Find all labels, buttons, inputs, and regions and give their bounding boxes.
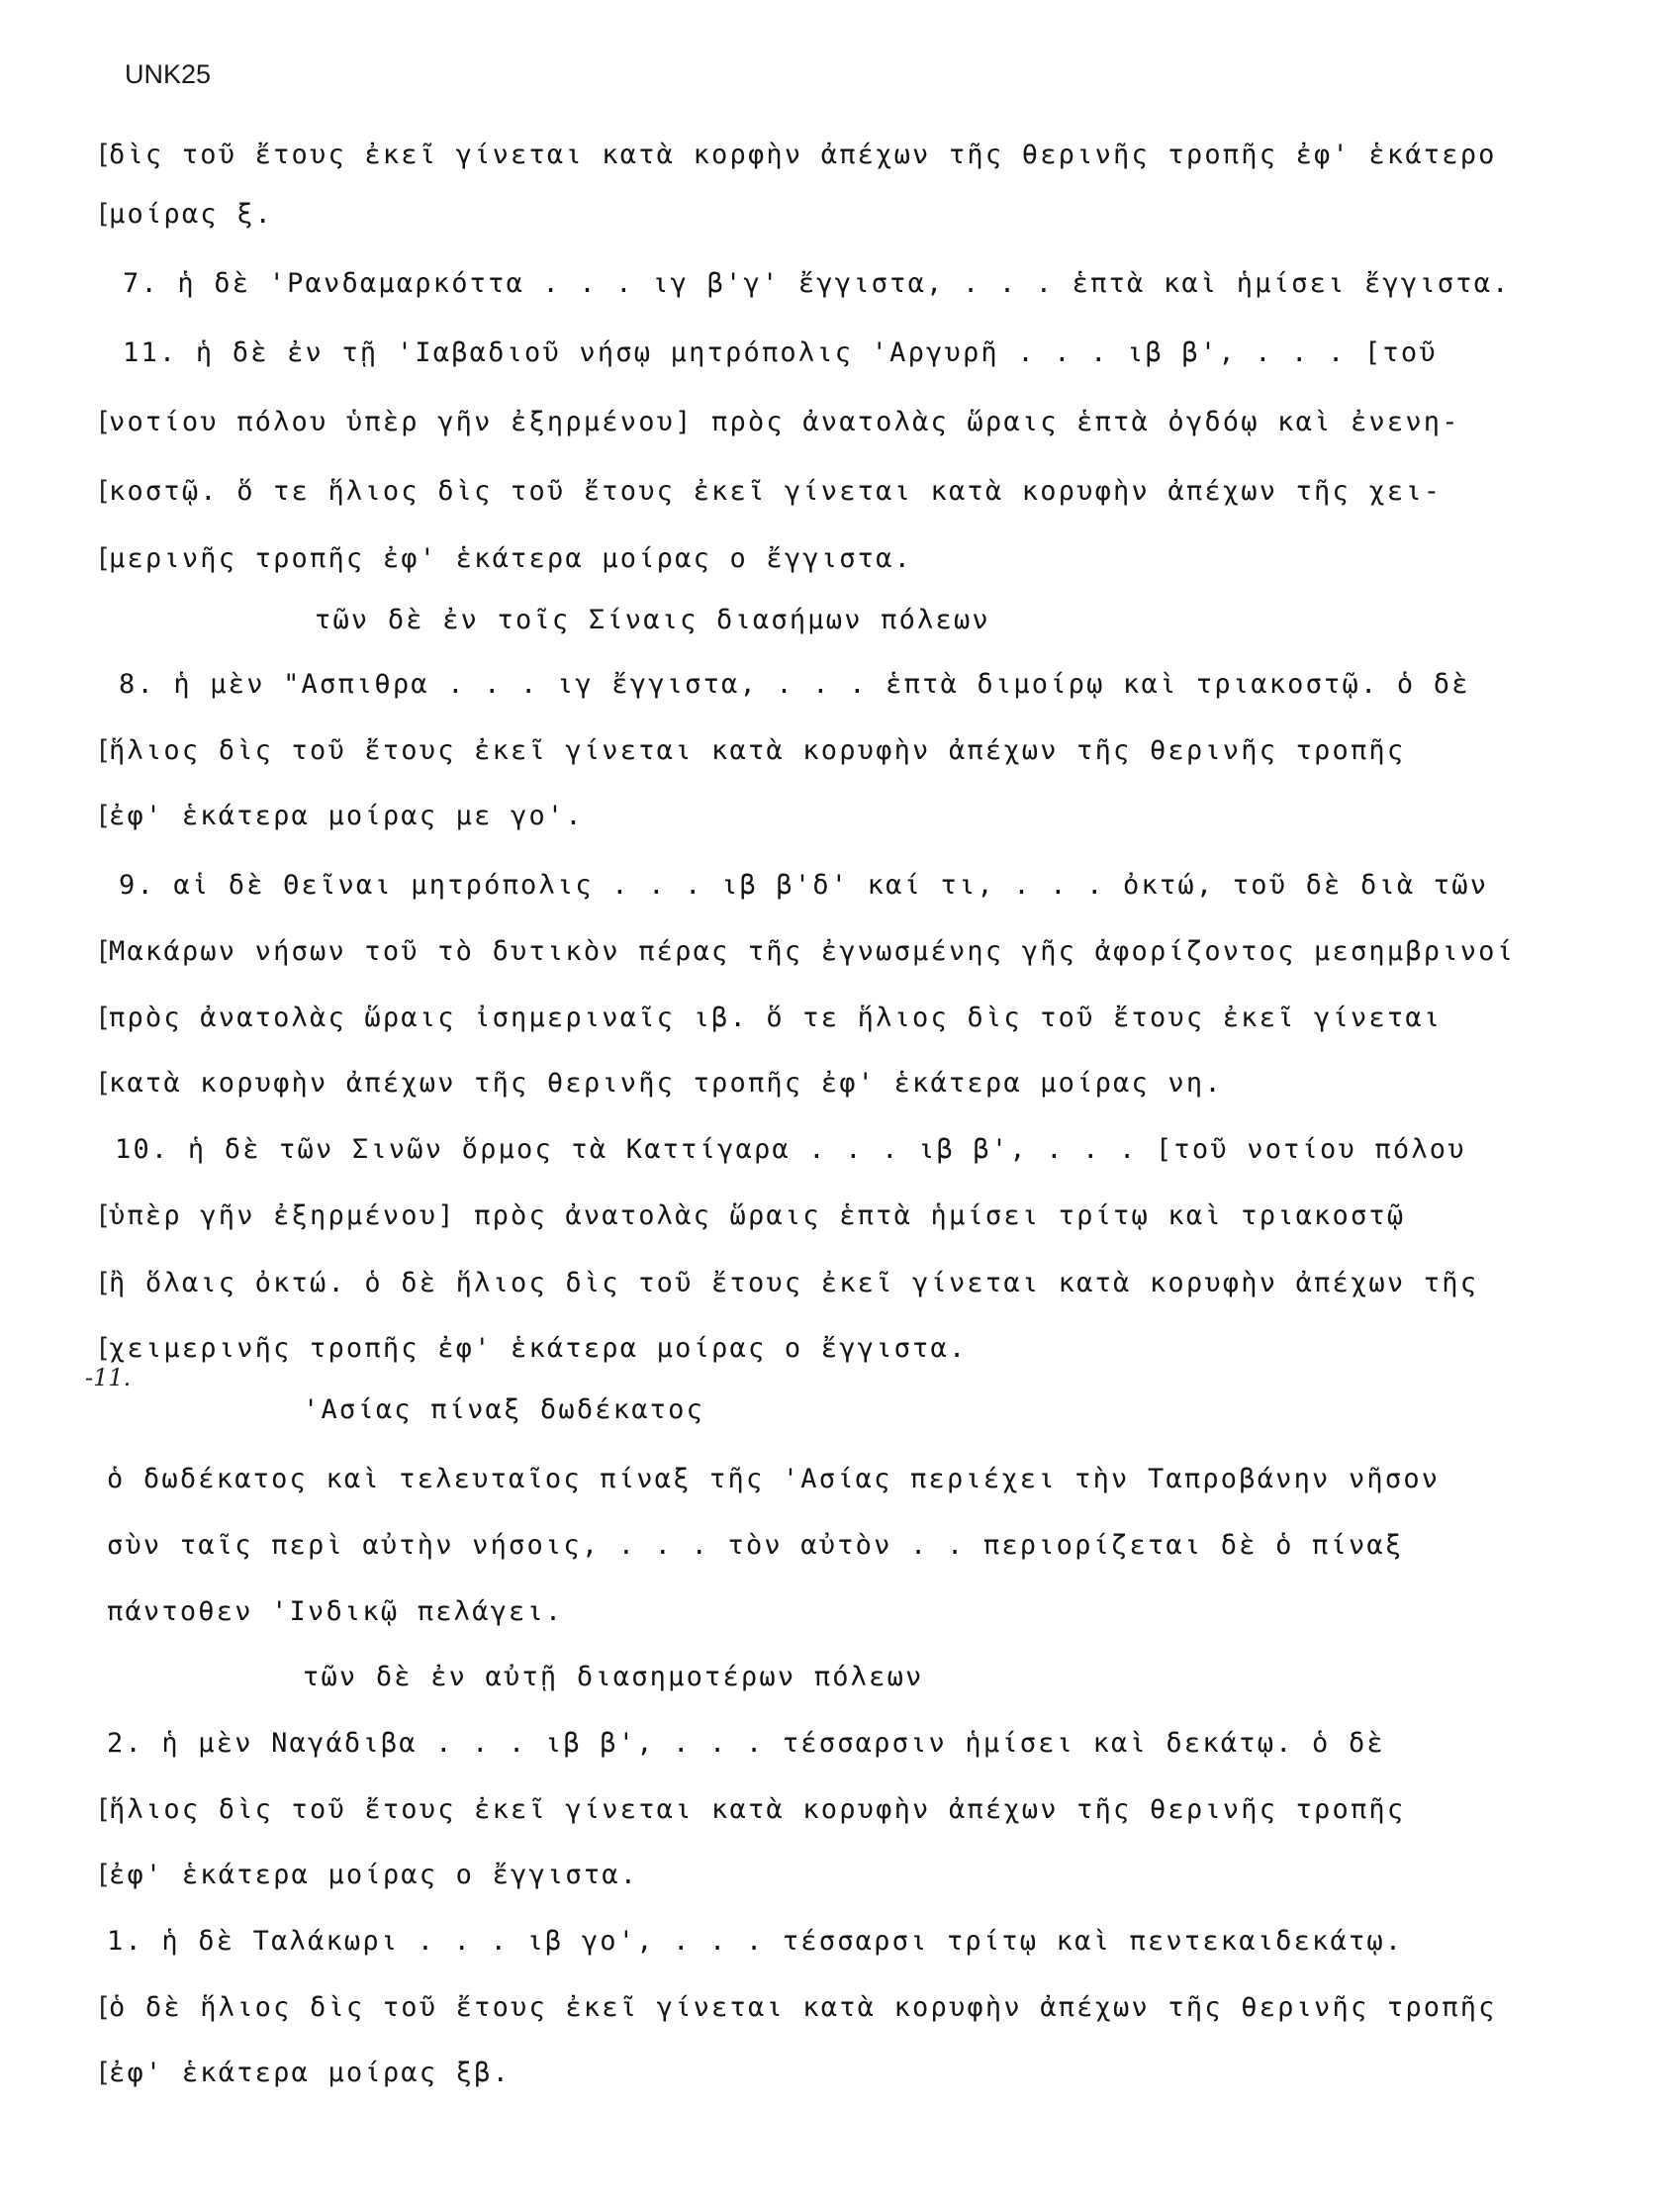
text-line: [κοστῷ. ὅ τε ἥλιος δὶς τοῦ ἔτους ἐκεῖ γί… <box>111 475 1442 509</box>
margin-bracket: [ <box>95 1002 109 1035</box>
text-line: 8. ἡ μὲν "Ασπιθρα . . . ιγ ἔγγιστα, . . … <box>119 668 1470 702</box>
margin-bracket: [ <box>95 1793 109 1827</box>
text-line: [κατὰ κορυφὴν ἀπέχων τῆς θερινῆς τροπῆς … <box>111 1067 1223 1101</box>
text-line: [μοίρας ξ. <box>111 198 273 232</box>
line-text: 1. ἡ δὲ Ταλάκωρι . . . ιβ γο', . . . τέσ… <box>107 1926 1403 1957</box>
line-text: ὁ δωδέκατος καὶ τελευταῖος πίναξ τῆς 'Ασ… <box>107 1464 1440 1494</box>
text-line: 9. αἱ δὲ Θεῖναι μητρόπολις . . . ιβ β'δ'… <box>119 869 1488 903</box>
line-text: μερινῆς τροπῆς ἐφ' ἑκάτερα μοίρας ο ἔγγι… <box>109 543 912 574</box>
line-text: ἥλιος δὶς τοῦ ἔτους ἐκεῖ γίνεται κατὰ κο… <box>109 735 1405 766</box>
page-label: UNK25 <box>125 59 211 90</box>
line-text: σὺν ταῖς περὶ αὐτὴν νήσοις, . . . τὸν αὐ… <box>107 1530 1403 1561</box>
text-line: τῶν δὲ ἐν αὐτῇ διασημοτέρων πόλεων <box>303 1661 923 1694</box>
text-line: [δὶς τοῦ ἔτους ἐκεῖ γίνεται κατὰ κορφὴν … <box>111 139 1497 172</box>
margin-bracket: [ <box>95 734 109 768</box>
line-text: 11. ἡ δὲ ἐν τῇ 'Ιαβαδιοῦ νήσῳ μητρόπολις… <box>123 337 1438 368</box>
margin-bracket: [ <box>95 1267 109 1300</box>
text-line: 10. ἡ δὲ τῶν Σινῶν ὅρμος τὰ Καττίγαρα . … <box>115 1133 1466 1167</box>
margin-bracket: [ <box>95 1067 109 1101</box>
line-text: 10. ἡ δὲ τῶν Σινῶν ὅρμος τὰ Καττίγαρα . … <box>115 1134 1466 1165</box>
text-line: [νοτίου πόλου ὑπὲρ γῆν ἐξηρμένου] πρὸς ἀ… <box>111 406 1460 439</box>
text-line: τῶν δὲ ἐν τοῖς Σίναις διασήμων πόλεων <box>315 604 990 637</box>
margin-bracket: [ <box>95 2057 109 2090</box>
margin-bracket: [ <box>95 800 109 833</box>
text-line: πάντοθεν 'Ινδικῷ πελάγει. <box>107 1595 563 1629</box>
line-text: ἥλιος δὶς τοῦ ἔτους ἐκεῖ γίνεται κατὰ κο… <box>109 1794 1405 1825</box>
text-line: [ἢ ὅλαις ὀκτώ. ὁ δὲ ἥλιος δὶς τοῦ ἔτους … <box>111 1267 1478 1300</box>
line-text: χειμερινῆς τροπῆς ἐφ' ἑκάτερα μοίρας ο ἔ… <box>109 1333 967 1364</box>
margin-bracket: [ <box>95 475 109 509</box>
text-line: [ἥλιος δὶς τοῦ ἔτους ἐκεῖ γίνεται κατὰ κ… <box>111 734 1405 768</box>
line-text: ἐφ' ἑκάτερα μοίρας ο ἔγγιστα. <box>109 1860 638 1890</box>
text-line: [ὑπὲρ γῆν ἐξηρμένου] πρὸς ἀνατολὰς ὥραις… <box>111 1199 1405 1233</box>
text-line: 7. ἡ δὲ 'Ρανδαμαρκόττα . . . ιγ β'γ' ἔγγ… <box>123 267 1511 301</box>
margin-bracket: [ <box>95 139 109 172</box>
margin-bracket: [ <box>95 1859 109 1892</box>
text-line: [πρὸς ἀνατολὰς ὥραις ἰσημεριναῖς ιβ. ὅ τ… <box>111 1002 1442 1035</box>
text-line: [χειμερινῆς τροπῆς ἐφ' ἑκάτερα μοίρας ο … <box>111 1332 967 1366</box>
margin-bracket: [ <box>95 1991 109 2025</box>
line-text: πάντοθεν 'Ινδικῷ πελάγει. <box>107 1596 563 1627</box>
line-text: ὑπὲρ γῆν ἐξηρμένου] πρὸς ἀνατολὰς ὥραις … <box>109 1200 1405 1231</box>
margin-bracket: [ <box>95 542 109 576</box>
line-text: ἐφ' ἑκάτερα μοίρας με γο'. <box>109 801 584 831</box>
margin-note: -11. <box>85 1364 131 1391</box>
line-text: ἐφ' ἑκάτερα μοίρας ξβ. <box>109 2058 511 2088</box>
margin-bracket: [ <box>95 198 109 232</box>
line-text: τῶν δὲ ἐν αὐτῇ διασημοτέρων πόλεων <box>303 1662 923 1692</box>
line-text: κατὰ κορυφὴν ἀπέχων τῆς θερινῆς τροπῆς ἐ… <box>109 1068 1223 1099</box>
line-text: ἢ ὅλαις ὀκτώ. ὁ δὲ ἥλιος δὶς τοῦ ἔτους ἐ… <box>109 1268 1478 1298</box>
line-text: 9. αἱ δὲ Θεῖναι μητρόπολις . . . ιβ β'δ'… <box>119 870 1488 901</box>
line-text: κοστῷ. ὅ τε ἥλιος δὶς τοῦ ἔτους ἐκεῖ γίν… <box>109 476 1442 507</box>
line-text: μοίρας ξ. <box>109 199 273 230</box>
text-line: [ἐφ' ἑκάτερα μοίρας με γο'. <box>111 800 584 833</box>
text-line: 11. ἡ δὲ ἐν τῇ 'Ιαβαδιοῦ νήσῳ μητρόπολις… <box>123 336 1438 370</box>
text-line: 'Ασίας πίναξ δωδέκατος <box>303 1393 704 1427</box>
line-text: 8. ἡ μὲν "Ασπιθρα . . . ιγ ἔγγιστα, . . … <box>119 669 1470 700</box>
margin-bracket: [ <box>95 935 109 969</box>
line-text: 'Ασίας πίναξ δωδέκατος <box>303 1394 704 1425</box>
margin-bracket: [ <box>95 406 109 439</box>
text-line: ὁ δωδέκατος καὶ τελευταῖος πίναξ τῆς 'Ασ… <box>107 1463 1440 1496</box>
text-line: [ἐφ' ἑκάτερα μοίρας ξβ. <box>111 2057 511 2090</box>
line-text: νοτίου πόλου ὑπὲρ γῆν ἐξηρμένου] πρὸς ἀν… <box>109 407 1460 437</box>
text-line: σὺν ταῖς περὶ αὐτὴν νήσοις, . . . τὸν αὐ… <box>107 1529 1403 1563</box>
margin-bracket: [ <box>95 1199 109 1233</box>
text-line: [Μακάρων νήσων τοῦ τὸ δυτικὸν πέρας τῆς … <box>111 935 1515 969</box>
margin-bracket: [ <box>95 1332 109 1366</box>
text-line: 1. ἡ δὲ Ταλάκωρι . . . ιβ γο', . . . τέσ… <box>107 1925 1403 1959</box>
line-text: πρὸς ἀνατολὰς ὥραις ἰσημεριναῖς ιβ. ὅ τε… <box>109 1003 1442 1033</box>
line-text: Μακάρων νήσων τοῦ τὸ δυτικὸν πέρας τῆς ἐ… <box>109 936 1515 967</box>
text-line: [ἐφ' ἑκάτερα μοίρας ο ἔγγιστα. <box>111 1859 638 1892</box>
line-text: ὁ δὲ ἥλιος δὶς τοῦ ἔτους ἐκεῖ γίνεται κα… <box>109 1992 1497 2023</box>
text-line: [ἥλιος δὶς τοῦ ἔτους ἐκεῖ γίνεται κατὰ κ… <box>111 1793 1405 1827</box>
line-text: 7. ἡ δὲ 'Ρανδαμαρκόττα . . . ιγ β'γ' ἔγγ… <box>123 268 1511 299</box>
line-text: δὶς τοῦ ἔτους ἐκεῖ γίνεται κατὰ κορφὴν ἀ… <box>109 140 1497 170</box>
line-text: τῶν δὲ ἐν τοῖς Σίναις διασήμων πόλεων <box>315 605 990 635</box>
text-line: [μερινῆς τροπῆς ἐφ' ἑκάτερα μοίρας ο ἔγγ… <box>111 542 912 576</box>
line-text: 2. ἡ μὲν Ναγάδιβα . . . ιβ β', . . . τέσ… <box>107 1728 1385 1759</box>
text-line: [ὁ δὲ ἥλιος δὶς τοῦ ἔτους ἐκεῖ γίνεται κ… <box>111 1991 1497 2025</box>
text-line: 2. ἡ μὲν Ναγάδιβα . . . ιβ β', . . . τέσ… <box>107 1727 1385 1761</box>
